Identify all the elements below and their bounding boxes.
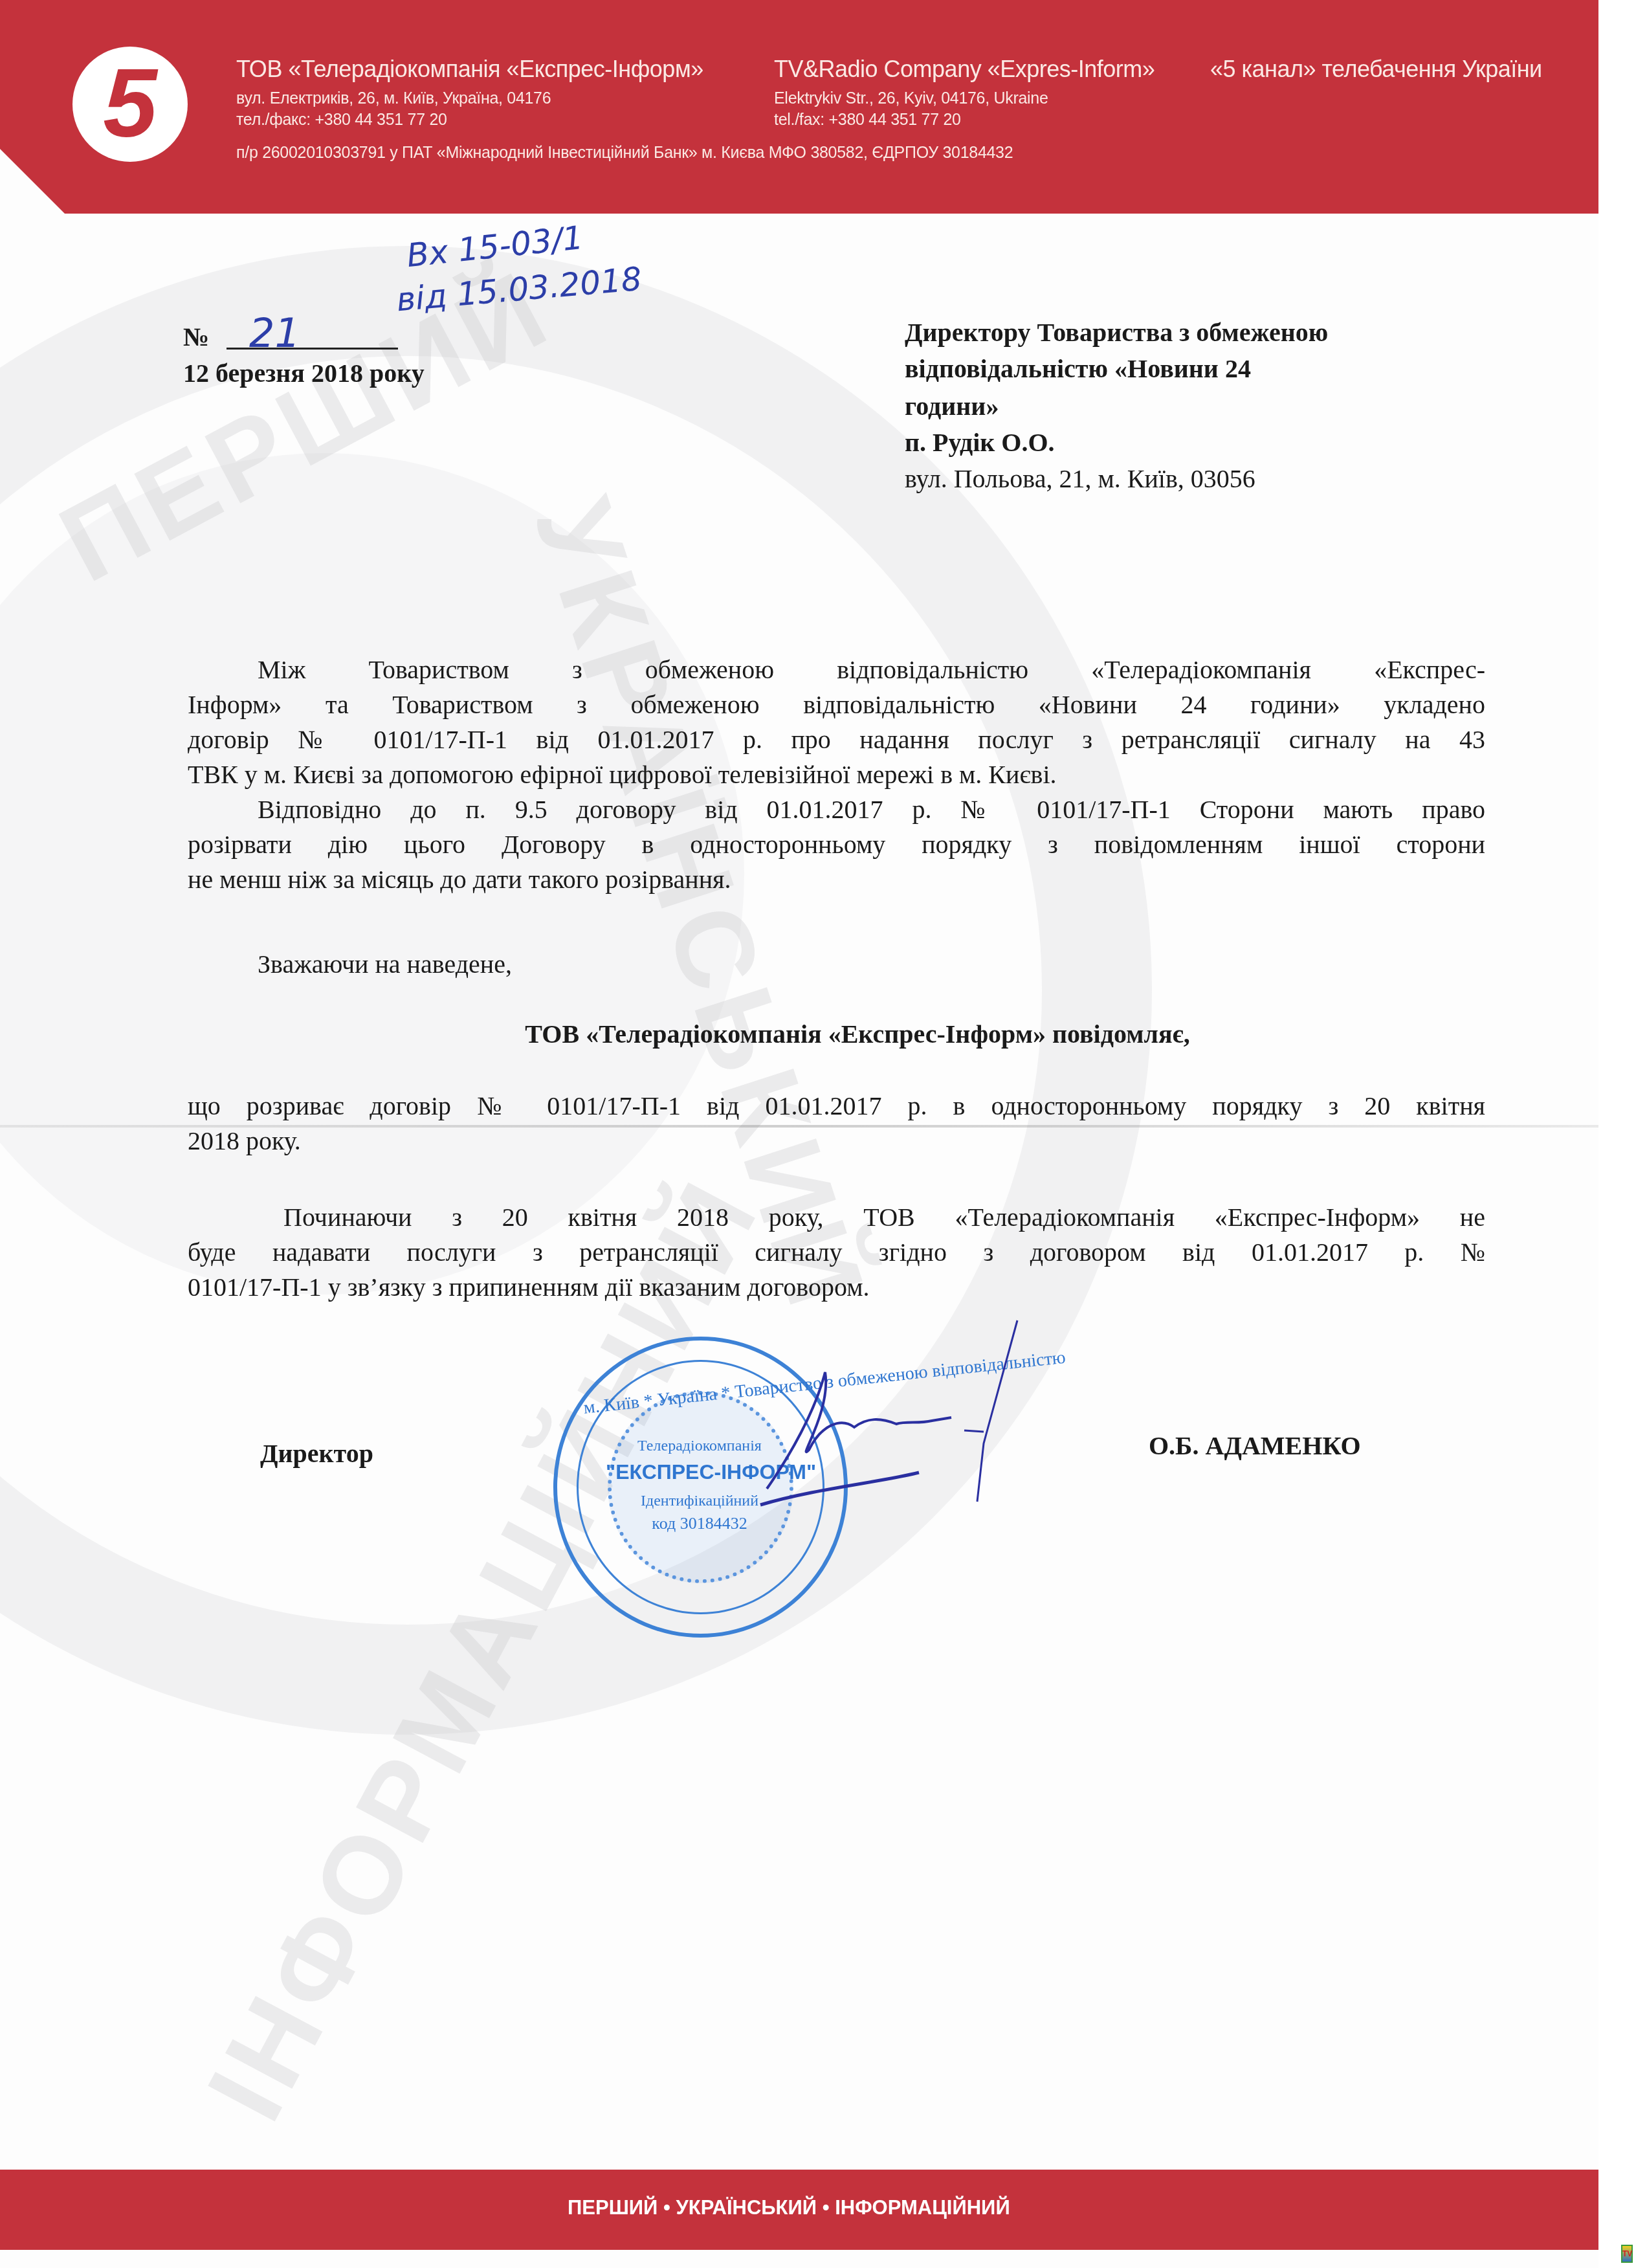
watermark-word-3: ІНФОРМАЦІЙНИЙ [182,1159,785,2140]
outgoing-number-label: № [183,322,209,353]
letterhead-channel: «5 канал» телебачення України [1210,56,1542,83]
en-phone: tel./fax: +380 44 351 77 20 [774,111,1155,129]
stamp-id-label: Ідентифікаційний [609,1493,790,1510]
p5-line-2: буде надавати послуги з ретрансляції сиг… [188,1235,1485,1270]
outgoing-date: 12 березня 2018 року [183,358,425,389]
p2-line-3: не менш ніж за місяць до дати такого роз… [188,862,1485,897]
tv-badge-icon: TV [1621,2245,1633,2263]
p2-line-1: Відповідно до п. 9.5 договору від 01.01.… [188,792,1485,827]
p1-line-3: договір № 0101/17-П-1 від 01.01.2017 р. … [188,722,1485,757]
bank-details: п/р 26002010303791 у ПАТ «Міжнародний Ін… [236,144,1013,162]
en-address: Elektrykiv Str., 26, Kyiv, 04176, Ukrain… [774,89,1155,108]
addressee-address: вул. Польова, 21, м. Київ, 03056 [905,463,1255,495]
registration-number-handwritten: Вх 15-03/1 [405,219,585,274]
company-seal-stamp: м. Київ * Україна * Товариство з обмежен… [553,1337,848,1638]
paragraph-termination-clause: Відповідно до п. 9.5 договору від 01.01.… [188,792,1485,897]
addressee-name: п. Рудік О.О. [905,427,1055,458]
stamp-inner-top: Телерадіокомпанія [609,1438,790,1455]
en-company-name: TV&Radio Company «Expres-Inform» [774,56,1155,83]
paragraph-termination-notice: що розриває договір № 0101/17-П-1 від 01… [188,1089,1485,1159]
ua-phone: тел./факс: +380 44 351 77 20 [236,111,703,129]
addressee-line-1: Директору Товариства з обмеженою [905,317,1328,348]
channel-5-logo: 5 [72,47,188,162]
scan-margin [1598,0,1647,2268]
p4-line-2: 2018 року. [188,1124,1485,1159]
stamp-company: "ЕКСПРЕС-ІНФОРМ" [606,1460,797,1484]
footer-slogan: ПЕРШИЙ • УКРАЇНСЬКИЙ • ІНФОРМАЦІЙНИЙ [568,2196,1010,2219]
letter-page: ПЕРШИЙ УКРАЇНСЬКИЙ ІНФОРМАЦІЙНИЙ 5 ТОВ «… [0,0,1598,2268]
p1-line-4: ТВК у м. Києві за допомогою ефірної цифр… [188,757,1485,792]
paragraph-contract-info: Між Товариством з обмеженою відповідальн… [188,652,1485,792]
p1-line-2: Інформ» та Товариством з обмеженою відпо… [188,687,1485,722]
paragraph-considering: Зважаючи на наведене, [258,949,512,980]
letterhead-ua: ТОВ «Телерадіокомпанія «Експрес-Інформ» … [236,56,703,129]
letterhead-band: 5 ТОВ «Телерадіокомпанія «Експрес-Інформ… [0,0,1598,214]
stamp-inner-ring [608,1391,793,1583]
p5-line-3: 0101/17-П-1 у зв’язку з припиненням дії … [188,1270,1485,1305]
logo-digit: 5 [103,54,157,151]
p4-line-1: що розриває договір № 0101/17-П-1 від 01… [188,1089,1485,1124]
ua-company-name: ТОВ «Телерадіокомпанія «Експрес-Інформ» [236,56,703,83]
channel-name: «5 канал» телебачення України [1210,56,1542,83]
stamp-id-code: код 30184432 [609,1514,790,1533]
paragraph-service-cessation: Починаючи з 20 квітня 2018 року, ТОВ «Те… [188,1200,1485,1305]
p2-line-2: розірвати дію цього Договору в односторо… [188,827,1485,862]
signatory-name: О.Б. АДАМЕНКО [1149,1430,1361,1462]
addressee-line-2: відповідальністю «Новини 24 [905,353,1251,384]
p5-line-1: Починаючи з 20 квітня 2018 року, ТОВ «Те… [188,1200,1485,1235]
letterhead-en: TV&Radio Company «Expres-Inform» Elektry… [774,56,1155,129]
addressee-line-3: години» [905,391,999,422]
announcement-heading: ТОВ «Телерадіокомпанія «Експрес-Інформ» … [0,1019,1598,1050]
signatory-title: Директор [260,1438,373,1469]
p1-line-1: Між Товариством з обмеженою відповідальн… [188,652,1485,687]
outgoing-number-handwritten: 21 [249,309,300,357]
letterhead-corner-cut [0,149,71,220]
ua-address: вул. Електриків, 26, м. Київ, Україна, 0… [236,89,703,108]
